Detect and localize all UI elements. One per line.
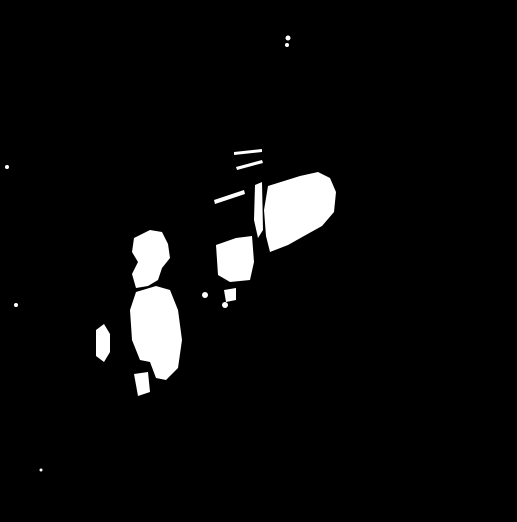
binarized-photo	[0, 0, 517, 522]
person-lower	[134, 372, 150, 396]
person-torso	[130, 286, 182, 380]
lower-pane	[216, 236, 254, 282]
person-head	[132, 230, 170, 288]
frame-streak	[254, 182, 263, 238]
person-hand	[96, 324, 110, 362]
lower-pane-spot	[224, 288, 236, 302]
frame-streak	[236, 160, 263, 170]
photo-shapes	[0, 0, 517, 522]
frame-streak	[234, 149, 262, 155]
window-light	[264, 172, 336, 252]
frame-streak	[214, 190, 245, 204]
